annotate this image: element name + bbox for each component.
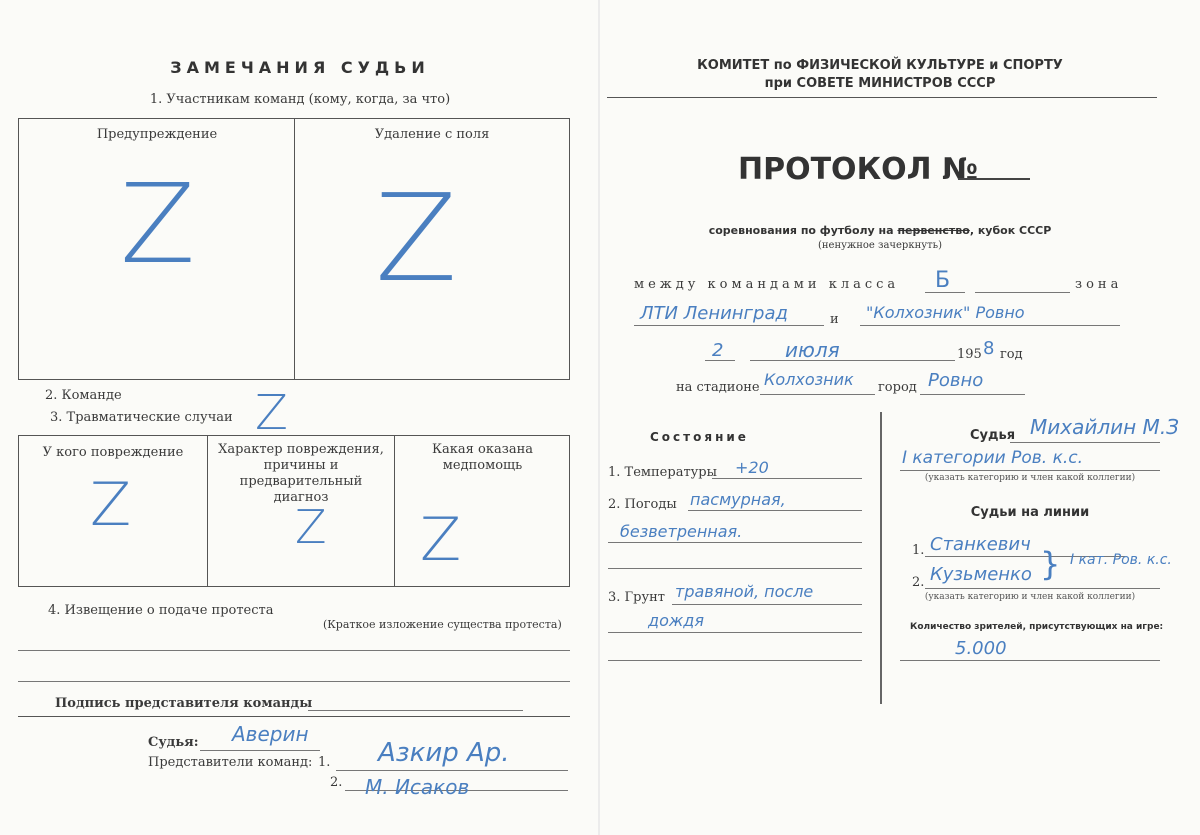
spectators-label: Количество зрителей, присутствующих на и… [910, 622, 1163, 632]
referee-label: Судья [970, 428, 1015, 443]
referee-name[interactable]: Михайлин М.З [1030, 415, 1179, 439]
linesman-2-name[interactable]: Кузьменко [930, 564, 1032, 585]
class-value[interactable]: Б [935, 268, 950, 293]
spectators-value[interactable]: 5.000 [955, 638, 1007, 659]
section3-label: 3. Травматические случаи [50, 410, 233, 425]
weather-label: 2. Погоды [608, 497, 677, 512]
referee-sign-label: Судья: [148, 735, 199, 750]
right-page-divider [880, 412, 882, 704]
referee-hint: (указать категорию и член какой коллегии… [900, 473, 1160, 483]
temperature-label: 1. Температуры [608, 465, 717, 480]
city-value[interactable]: Ровно [928, 370, 983, 391]
conditions-title: Состояние [650, 430, 749, 444]
warning-header: Предупреждение [20, 127, 294, 142]
team-rep-2-num: 2. [330, 775, 342, 790]
protocol-number-field[interactable] [958, 178, 1030, 180]
section4-label: 4. Извещение о подаче протеста [48, 603, 273, 618]
section1-label: 1. Участникам команд (кому, когда, за чт… [0, 92, 600, 107]
linesmen-brace: } [1040, 545, 1060, 583]
referee-signature[interactable]: Аверин [232, 722, 309, 746]
competition-struck: первенство [897, 224, 969, 237]
left-page-title: ЗАМЕЧАНИЯ СУДЬИ [0, 58, 600, 77]
committee-header-2: при СОВЕТЕ МИНИСТРОВ СССР [600, 76, 1160, 91]
competition-suffix: , кубок СССР [970, 224, 1051, 237]
ground-value-1[interactable]: травяной, после [675, 582, 813, 601]
team-rep-signature-label: Подпись представителя команды [55, 696, 312, 711]
injured-header: У кого повреждение [22, 445, 204, 460]
linesman-2-num: 2. [912, 575, 924, 590]
injury-nature-header: Характер повреждения, причины и предвари… [215, 442, 387, 506]
page-fold [598, 0, 600, 835]
section4-hint: (Краткое изложение существа протеста) [323, 618, 562, 631]
stadium-value[interactable]: Колхозник [764, 370, 854, 389]
linesmen-category[interactable]: I кат. Ров. к.с. [1070, 552, 1172, 568]
injuries-value[interactable]: Z [255, 385, 288, 441]
zone-label: зона [1075, 277, 1122, 292]
competition-prefix: соревнования по футболу на [709, 224, 894, 237]
team1-value[interactable]: ЛТИ Ленинград [640, 303, 788, 324]
city-label: город [878, 380, 917, 395]
medical-aid-value[interactable]: Z [420, 505, 461, 575]
protocol-title: ПРОТОКОЛ № [738, 152, 978, 187]
committee-header-1: КОМИТЕТ по ФИЗИЧЕСКОЙ КУЛЬТУРЕ и СПОРТУ [600, 58, 1160, 73]
class-label: между командами класса [634, 277, 899, 292]
linesman-1-num: 1. [912, 543, 924, 558]
ground-value-2[interactable]: дождя [648, 611, 704, 630]
protest-line-2[interactable] [18, 681, 570, 682]
sendoff-value[interactable]: Z [375, 170, 457, 309]
year-label: год [1000, 347, 1023, 362]
team-rep-1-signature[interactable]: Азкир Ар. [378, 738, 510, 768]
month-value[interactable]: июля [785, 338, 840, 362]
injured-value[interactable]: Z [90, 470, 131, 540]
warning-value[interactable]: Z [120, 160, 195, 288]
sendoff-header: Удаление с поля [296, 127, 568, 142]
and-label: и [830, 312, 839, 327]
weather-value-2[interactable]: безветренная. [620, 522, 742, 541]
team-rep-signature-line[interactable] [308, 710, 523, 711]
year-suffix[interactable]: 8 [983, 338, 994, 359]
team-reps-label: Представители команд: [148, 755, 312, 770]
team2-value[interactable]: "Колхозник" Ровно [866, 303, 1025, 322]
team-rep-1-num: 1. [318, 755, 330, 770]
linesman-1-name[interactable]: Станкевич [930, 534, 1031, 555]
protest-line-1[interactable] [18, 650, 570, 651]
year-prefix: 195 [957, 347, 982, 362]
competition-hint: (ненужное зачеркнуть) [600, 240, 1160, 251]
linesmen-hint: (указать категорию и член какой коллегии… [900, 592, 1160, 602]
competition-line: соревнования по футболу на первенство, к… [600, 224, 1160, 237]
stadium-label: на стадионе [676, 380, 760, 395]
team-rep-2-signature[interactable]: М. Исаков [365, 775, 469, 799]
temperature-value[interactable]: +20 [735, 458, 769, 477]
linesmen-title: Судьи на линии [900, 505, 1160, 520]
weather-value-1[interactable]: пасмурная, [690, 490, 786, 509]
ground-label: 3. Грунт [608, 590, 665, 605]
day-value[interactable]: 2 [712, 340, 723, 361]
referee-category[interactable]: I категории Ров. к.с. [902, 448, 1083, 468]
medical-aid-header: Какая оказана медпомощь [410, 442, 555, 474]
section2-label: 2. Команде [45, 388, 122, 403]
injury-nature-value[interactable]: Z [295, 500, 327, 554]
